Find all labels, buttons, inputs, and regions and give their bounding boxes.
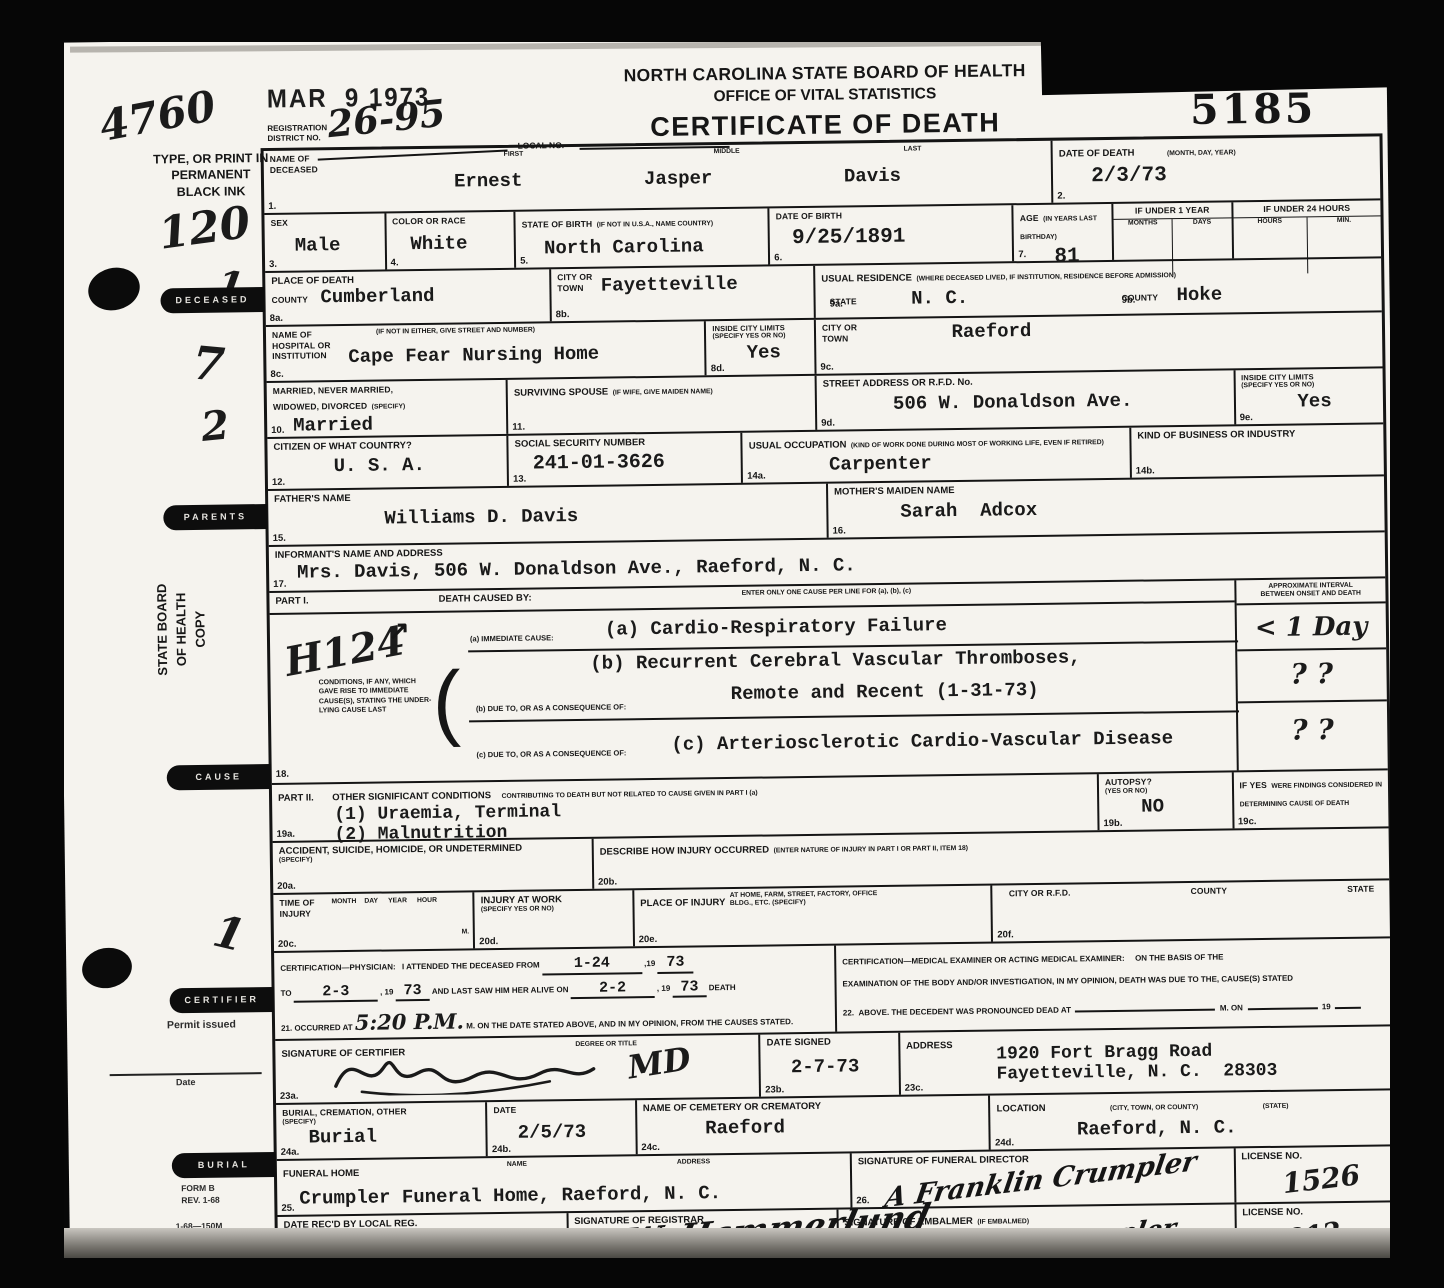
burial-date-label: DATE: [493, 1103, 630, 1115]
burial-date-value: 2/5/73: [518, 1120, 631, 1143]
field-num-12: 12.: [272, 477, 285, 488]
race-label: COLOR OR RACE: [392, 215, 509, 227]
address-line2: Fayetteville, N. C. 28303: [996, 1059, 1386, 1084]
date-of-death-label: DATE OF DEATH: [1059, 148, 1135, 160]
field-num-20d: 20d.: [479, 936, 498, 947]
street-value: 506 W. Donaldson Ave.: [893, 389, 1229, 415]
interval-header: APPROXIMATE INTERVAL BETWEEN ONSET AND D…: [1236, 578, 1386, 605]
field-name-of-deceased: NAME OF DECEASED FIRST MIDDLE LAST Ernes…: [264, 141, 1052, 213]
field-injury-location: CITY OR R.F.D. COUNTY STATE 20f.: [991, 880, 1390, 941]
ssn-label: SOCIAL SECURITY NUMBER: [515, 436, 736, 450]
phys-t2: TO: [281, 988, 292, 997]
handwritten-7: 7: [190, 335, 227, 392]
injury-county-label: COUNTY: [1191, 885, 1228, 896]
handwritten-2: 2: [199, 401, 231, 451]
date-of-birth-label: DATE OF BIRTH: [776, 208, 1007, 222]
tab-cause: CAUSE: [167, 764, 271, 790]
location-sub1: (CITY, TOWN, OR COUNTY): [1110, 1104, 1198, 1112]
last-name: Davis: [844, 165, 901, 188]
field-num-24c: 24c.: [641, 1142, 660, 1153]
field-num-14b: 14b.: [1136, 465, 1155, 476]
scan-top-right-corner: [1040, 0, 1444, 95]
residence-city-label-line2: TOWN: [822, 333, 857, 344]
phys-death: DEATH: [709, 982, 736, 991]
time-of-injury-label: TIME OF INJURY: [279, 897, 331, 919]
field-burial-date: DATE 2/5/73 24b.: [485, 1100, 635, 1156]
field-num-8d: 8d.: [711, 363, 725, 374]
funeral-home-label: FUNERAL HOME: [283, 1168, 359, 1180]
field-num-8c: 8c.: [270, 369, 283, 380]
certificate-form: NAME OF DECEASED FIRST MIDDLE LAST Ernes…: [261, 133, 1398, 1270]
field-num-14a: 14a.: [747, 470, 766, 481]
date-line-label: Date: [110, 1076, 262, 1088]
field-citizen: CITIZEN OF WHAT COUNTRY? U. S. A. 12.: [267, 436, 507, 489]
interval-a-value: < 1 Day: [1255, 612, 1368, 643]
examiner-t5: 19: [1322, 1002, 1331, 1011]
residence-city-label-line1: CITY OR: [822, 322, 857, 333]
tab-deceased: DECEASED: [160, 287, 264, 313]
residence-city-value: Raeford: [951, 320, 1031, 343]
part2-label: PART II.: [278, 792, 314, 803]
row-certification: CERTIFICATION—PHYSICIAN: I ATTENDED THE …: [274, 936, 1391, 1039]
field-date-signed: DATE SIGNED 2-7-73 23b.: [758, 1033, 898, 1097]
middle-label: MIDDLE: [714, 148, 740, 157]
blank-pronounced-date: [1247, 998, 1317, 1010]
conditions-note: CONDITIONS, IF ANY, WHICH GAVE RISE TO I…: [318, 677, 436, 716]
field-date-of-death: DATE OF DEATH (MONTH, DAY, YEAR) 2/3/73 …: [1051, 136, 1381, 202]
phys-t3: AND LAST SAW HIM HER ALIVE ON: [432, 985, 569, 996]
field-burial: BURIAL, CREMATION, OTHER (SPECIFY) Buria…: [276, 1102, 486, 1159]
state-of-birth-sub: (IF NOT IN U.S.A., NAME COUNTRY): [597, 220, 714, 229]
street-label: STREET ADDRESS OR R.F.D. No.: [823, 373, 1229, 390]
copy-line1: STATE BOARD: [152, 540, 173, 720]
field-num-17: 17.: [273, 579, 286, 590]
field-num-24b: 24b.: [492, 1144, 511, 1155]
middle-name: Jasper: [644, 167, 713, 190]
residence-city-label: CITY OR TOWN: [822, 322, 857, 344]
field-occupation: USUAL OCCUPATION (KIND OF WORK DONE DURI…: [741, 428, 1130, 483]
form-code-line1: FORM B: [181, 1183, 220, 1195]
field-num-15: 15.: [273, 533, 286, 544]
field-num-11: 11.: [512, 422, 525, 433]
cause-c-label: (c) DUE TO, OR AS A CONSEQUENCE OF:: [476, 748, 626, 759]
date-signed-label: DATE SIGNED: [766, 1036, 893, 1049]
date-of-birth-value: 9/25/1891: [792, 224, 1007, 250]
field-place-of-injury: PLACE OF INJURY AT HOME, FARM, STREET, F…: [632, 886, 991, 947]
field-inside-city-limits-death: INSIDE CITY LIMITS (SPECIFY YES OR NO) Y…: [704, 320, 814, 375]
field-num-9c: 9c.: [820, 362, 833, 373]
print-instruction: TYPE, OR PRINT IN PERMANENT BLACK INK: [144, 150, 279, 200]
part1-interval-column: APPROXIMATE INTERVAL BETWEEN ONSET AND D…: [1234, 578, 1388, 770]
sex-value: Male: [295, 233, 380, 256]
field-num-20e: 20e.: [639, 934, 658, 945]
occupation-sub: (KIND OF WORK DONE DURING MOST OF WORKIN…: [851, 439, 1104, 449]
field-num-4: 4.: [391, 257, 399, 268]
brace: (: [432, 659, 461, 743]
field-institution: NAME OF HOSPITAL OR INSTITUTION (IF NOT …: [266, 321, 705, 381]
field-under-1-year: IF UNDER 1 YEAR MONTHS DAYS: [1111, 202, 1231, 260]
tab-burial: BURIAL: [172, 1152, 276, 1178]
mother-value: Sarah Adcox: [900, 495, 1379, 523]
injury-at-work-sub: (SPECIFY YES OR NO): [481, 905, 628, 915]
marital-label-line2: WIDOWED, DIVORCED: [273, 400, 367, 411]
field-how-injury: DESCRIBE HOW INJURY OCCURRED (ENTER NATU…: [591, 828, 1389, 888]
marital-value: Married: [293, 412, 501, 437]
handwritten-1b: 1: [208, 906, 249, 963]
occupation-label: USUAL OCCUPATION: [749, 439, 847, 451]
residence-county: COUNTY Hoke 9b.: [1121, 281, 1376, 306]
field-num-13: 13.: [513, 474, 526, 485]
icl-res-value: Yes: [1297, 389, 1378, 412]
city-label-line2: TOWN: [557, 282, 592, 293]
field-marital-status: MARRIED, NEVER MARRIED, WIDOWED, DIVORCE…: [267, 380, 507, 437]
month-label: MONTH: [331, 898, 356, 919]
city-of-death-value: Fayetteville: [601, 272, 738, 296]
funeral-addr-sub: ADDRESS: [677, 1158, 710, 1167]
phys-t4: OCCURRED AT: [294, 1023, 352, 1033]
field-director-license: LICENSE NO. 1526: [1233, 1146, 1393, 1202]
tab-parents: PARENTS: [163, 504, 267, 530]
degree-value: MD: [625, 1039, 693, 1086]
field-certifier-address: ADDRESS 1920 Fort Bragg Road Fayettevill…: [898, 1026, 1392, 1094]
field-surviving-spouse: SURVIVING SPOUSE (IF WIFE, GIVE MAIDEN N…: [506, 376, 816, 434]
part1-head: DEATH CAUSED BY:: [438, 593, 531, 608]
cemetery-label: NAME OF CEMETERY OR CREMATORY: [643, 1099, 984, 1115]
field-time-of-injury: TIME OF INJURY MONTH DAY YEAR HOUR M. 20…: [273, 892, 473, 951]
first-label: FIRST: [504, 151, 524, 160]
field-industry: KIND OF BUSINESS OR INDUSTRY 14b.: [1129, 424, 1384, 477]
how-injury-sub: (ENTER NATURE OF INJURY IN PART I OR PAR…: [774, 845, 969, 855]
print-instruction-line3: BLACK INK: [144, 182, 278, 200]
blank-pronounced-year: [1335, 998, 1361, 1009]
burial-location-value: Raeford, N. C.: [1077, 1114, 1388, 1140]
last-label: LAST: [904, 145, 922, 154]
field-num-16: 16.: [833, 525, 846, 536]
attended-from-value: 1-24: [542, 955, 642, 975]
field-city-of-death: CITY OR TOWN Fayetteville 8b.: [549, 266, 814, 321]
field-num-20f: 20f.: [997, 929, 1014, 940]
examiner-t3: ABOVE. THE DECEDENT WAS PRONOUNCED DEAD …: [858, 1005, 1071, 1017]
date-of-death-value: 2/3/73: [1091, 161, 1375, 188]
scan-bottom-smudge: [0, 1228, 1444, 1262]
registration-district-label: REGISTRATION DISTRICT NO.: [267, 123, 327, 145]
phys-cert-title: CERTIFICATION—PHYSICIAN:: [280, 962, 396, 973]
scan-right-band: [1390, 0, 1444, 1288]
cause-b-label: (b) DUE TO, OR AS A CONSEQUENCE OF:: [476, 702, 626, 713]
usual-residence-label: USUAL RESIDENCE: [821, 273, 912, 285]
field-examiner-certification: CERTIFICATION—MEDICAL EXAMINER OR ACTING…: [834, 938, 1391, 1031]
burial-sub: (SPECIFY): [282, 1116, 480, 1127]
field-findings: IF YES WERE FINDINGS CONSIDERED IN DETER…: [1231, 770, 1388, 828]
occupation-value: Carpenter: [829, 450, 1125, 476]
year-label: YEAR: [388, 897, 407, 917]
field-num-23c: 23c.: [905, 1082, 924, 1093]
attended-to-value: 2-3: [294, 983, 378, 1003]
field-mother: MOTHER'S MAIDEN NAME Sarah Adcox 16.: [826, 476, 1385, 537]
day-label: DAY: [364, 898, 378, 918]
field-certifier-signature: SIGNATURE OF CERTIFIER DEGREE OR TITLE M…: [275, 1035, 759, 1103]
field-num-9e: 9e.: [1240, 412, 1253, 423]
field-num-8b: 8b.: [556, 309, 570, 320]
print-instruction-line1: TYPE, OR PRINT IN: [144, 150, 278, 168]
industry-label: KIND OF BUSINESS OR INDUSTRY: [1137, 427, 1378, 442]
field-num-9a: 9a.: [830, 298, 843, 309]
injury-location-labels: CITY OR R.F.D. COUNTY STATE: [999, 883, 1385, 899]
cause-b-value1: (b) Recurrent Cerebral Vascular Thrombos…: [590, 646, 1081, 674]
field-physician-certification: CERTIFICATION—PHYSICIAN: I ATTENDED THE …: [274, 946, 835, 1039]
sex-label: SEX: [270, 217, 379, 229]
residence-state-value: N. C.: [911, 287, 968, 310]
usual-residence-sub: (WHERE DECEASED LIVED, IF INSTITUTION, R…: [916, 272, 1176, 282]
city-label-line1: CITY OR: [557, 272, 592, 283]
tab-certifier: CERTIFIER: [170, 987, 274, 1013]
phys-y19a: ,19: [644, 959, 655, 968]
examiner-t4: M. ON: [1220, 1003, 1243, 1012]
field-num-23b: 23b.: [765, 1084, 784, 1095]
first-name: Ernest: [454, 170, 523, 193]
date-signed-value: 2-7-73: [791, 1055, 894, 1078]
spouse-sub: (IF WIFE, GIVE MAIDEN NAME): [613, 388, 713, 396]
residence-county-value: Hoke: [1176, 284, 1222, 307]
location-sub2: (STATE): [1263, 1103, 1289, 1110]
institution-label-line3: INSTITUTION: [272, 350, 350, 362]
address-label: ADDRESS: [906, 1040, 953, 1052]
last-seen-value: 2-2: [571, 979, 655, 999]
city-rfd-label: CITY OR R.F.D.: [1009, 888, 1071, 899]
last-seen-year: 73: [672, 979, 706, 998]
autopsy-sub: (YES OR NO): [1105, 786, 1227, 796]
race-value: White: [410, 231, 509, 254]
how-injury-label: DESCRIBE HOW INJURY OCCURRED: [600, 844, 770, 857]
examiner-line3: 22. ABOVE. THE DECEDENT WAS PRONOUNCED D…: [843, 995, 1386, 1020]
phys-t1: I ATTENDED THE DECEASED FROM: [402, 960, 540, 971]
blank-pronounced-time: [1075, 999, 1215, 1012]
interval-c: ? ?: [1237, 701, 1387, 763]
interval-a: < 1 Day: [1236, 603, 1386, 651]
field-num-9b: 9b.: [1122, 295, 1136, 306]
burial-value: Burial: [308, 1126, 377, 1149]
part1-lines: H124 ↗ CONDITIONS, IF ANY, WHICH GAVE RI…: [270, 602, 1237, 781]
ssn-value: 241-01-3626: [533, 450, 736, 476]
injury-state-label: STATE: [1347, 884, 1374, 895]
row-part1: PART I. DEATH CAUSED BY: ENTER ONLY ONE …: [269, 576, 1387, 783]
field-inside-city-limits-residence: INSIDE CITY LIMITS (SPECIFY YES OR NO) Y…: [1233, 368, 1383, 424]
phys-line3: 21. OCCURRED AT 5:20 P.M. M. ON THE DATE…: [281, 1004, 830, 1036]
field-num-22: 22.: [843, 1008, 854, 1017]
part2-section: PART II. OTHER SIGNIFICANT CONDITIONS CO…: [272, 774, 1098, 841]
field-num-19b: 19b.: [1103, 818, 1122, 829]
marital-label-line1: MARRIED, NEVER MARRIED,: [273, 383, 501, 397]
scan-left-band: [0, 0, 64, 1288]
copy-line2: OF HEALTH: [171, 539, 192, 719]
copy-line3: COPY: [190, 539, 211, 719]
institution-sub: (IF NOT IN EITHER, GIVE STREET AND NUMBE…: [376, 326, 535, 337]
permit-issued-label: Permit issued: [167, 1018, 236, 1031]
county-label: COUNTY: [271, 295, 308, 305]
field-num-20b: 20b.: [598, 876, 617, 887]
registration-label-line1: REGISTRATION: [267, 123, 327, 134]
field-num-6: 6.: [774, 252, 782, 263]
field-num-8a: 8a.: [270, 313, 283, 324]
field-burial-location: LOCATION (CITY, TOWN, OR COUNTY) (STATE)…: [988, 1090, 1392, 1149]
examiner-line1: CERTIFICATION—MEDICAL EXAMINER OR ACTING…: [842, 944, 1385, 969]
state-board-copy-label: STATE BOARD OF HEALTH COPY: [152, 539, 211, 720]
field-num-19a: 19a.: [276, 829, 295, 840]
handwritten-number-top: 4760: [96, 81, 220, 151]
phys-line1: CERTIFICATION—PHYSICIAN: I ATTENDED THE …: [280, 953, 829, 979]
icl-death-value: Yes: [747, 341, 810, 364]
field-num-23a: 23a.: [280, 1091, 299, 1102]
part2-note: CONTRIBUTING TO DEATH BUT NOT RELATED TO…: [502, 790, 758, 800]
part1-note: ENTER ONLY ONE CAUSE PER LINE FOR (a), (…: [742, 588, 912, 604]
field-date-of-birth: DATE OF BIRTH 9/25/1891 6.: [768, 205, 1013, 264]
death-time-value: 5:20 P.M.: [355, 1008, 464, 1034]
institution-value: Cape Fear Nursing Home: [348, 343, 599, 368]
age-label: AGE: [1020, 213, 1039, 223]
field-sex: SEX Male 3.: [264, 213, 384, 271]
city-of-death-label: CITY OR TOWN: [557, 272, 592, 294]
field-num-24d: 24d.: [995, 1137, 1014, 1148]
part2-head: OTHER SIGNIFICANT CONDITIONS: [332, 790, 491, 803]
place-of-injury-label: PLACE OF INJURY: [640, 897, 725, 909]
field-num-24a: 24a.: [281, 1147, 300, 1158]
field-funeral-home: FUNERAL HOME NAME ADDRESS Crumpler Funer…: [277, 1153, 851, 1214]
time-of-injury-head: TIME OF INJURY MONTH DAY YEAR HOUR: [279, 895, 468, 919]
interval-c-value: ? ?: [1291, 713, 1334, 747]
location-label: LOCATION: [997, 1103, 1046, 1115]
field-accident: ACCIDENT, SUICIDE, HOMICIDE, OR UNDETERM…: [273, 839, 593, 893]
time-label-line1: TIME OF: [279, 897, 331, 908]
certificate-paper: 4760 TYPE, OR PRINT IN PERMANENT BLACK I…: [54, 25, 1402, 1250]
part1-label: PART I.: [275, 595, 308, 609]
county-of-death-value: Cumberland: [320, 285, 434, 308]
autopsy-value: NO: [1141, 795, 1164, 817]
state-of-birth-label: STATE OF BIRTH: [522, 219, 593, 230]
usual-residence-values: STATE N. C. 9a. COUNTY Hoke 9b.: [821, 281, 1376, 310]
field-num-19c: 19c.: [1238, 816, 1257, 827]
print-instruction-line2: PERMANENT: [144, 166, 278, 184]
phys-y19b: , 19: [380, 987, 393, 996]
field-autopsy: AUTOPSY? (YES OR NO) NO 19b.: [1097, 772, 1232, 830]
scan-bottom-band: [0, 1258, 1444, 1288]
cause-a-value: (a) Cardio-Respiratory Failure: [605, 614, 947, 640]
cause-c-value: (c) Arteriosclerotic Cardio-Vascular Dis…: [671, 727, 1173, 756]
certificate-number: 5185: [1190, 84, 1317, 134]
residence-state: STATE N. C. 9a.: [821, 285, 1121, 311]
form-code-line2: REV. 1-68: [181, 1195, 220, 1207]
field-num-5: 5.: [520, 256, 528, 267]
field-under-24-hours: IF UNDER 24 HOURS HOURS MIN.: [1231, 200, 1381, 258]
examiner-t2: EXAMINATION OF THE BODY AND/OR INVESTIGA…: [842, 972, 1385, 990]
father-value: Williams D. Davis: [384, 502, 821, 530]
field-age: AGE (IN YEARS LAST BIRTHDAY) 81 7.: [1012, 204, 1112, 261]
field-usual-residence: USUAL RESIDENCE (WHERE DECEASED LIVED, I…: [813, 258, 1382, 317]
place-of-injury-sub: AT HOME, FARM, STREET, FACTORY, OFFICE B…: [730, 890, 900, 909]
field-residence-city: CITY OR TOWN Raeford 9c.: [814, 312, 1383, 373]
field-street-address: STREET ADDRESS OR R.F.D. No. 506 W. Dona…: [815, 370, 1234, 429]
field-num-1: 1.: [268, 201, 276, 212]
field-num-18: 18.: [276, 769, 289, 780]
spouse-label: SURVIVING SPOUSE: [514, 387, 608, 399]
hour-label: HOUR: [417, 897, 437, 918]
attended-to-year: 73: [396, 982, 430, 1001]
interval-b: ? ?: [1237, 649, 1387, 703]
under-1-year-label: IF UNDER 1 YEAR: [1113, 202, 1231, 219]
registration-label-line2: DISTRICT NO.: [267, 134, 327, 145]
if-yes-label: IF YES: [1239, 780, 1267, 790]
field-county-of-death: PLACE OF DEATH COUNTY Cumberland 8a.: [265, 269, 550, 325]
cause-a-label: (a) IMMEDIATE CAUSE:: [470, 633, 554, 643]
form-code: FORM B REV. 1-68: [181, 1183, 220, 1207]
m-suffix: M.: [462, 928, 470, 937]
institution-label: NAME OF HOSPITAL OR INSTITUTION: [272, 329, 350, 362]
state-of-birth-value: North Carolina: [544, 235, 763, 260]
funeral-home-value: Crumpler Funeral Home, Raeford, N. C.: [299, 1181, 845, 1210]
field-ssn: SOCIAL SECURITY NUMBER 241-01-3626 13.: [506, 433, 741, 486]
cemetery-value: Raeford: [705, 1114, 984, 1140]
examiner-title: CERTIFICATION—MEDICAL EXAMINER OR ACTING…: [842, 954, 1124, 967]
funeral-name-sub: NAME: [507, 1161, 527, 1170]
phys-t5: M. ON THE DATE STATED ABOVE, AND IN MY O…: [466, 1017, 793, 1030]
death-certificate-scan: 4760 TYPE, OR PRINT IN PERMANENT BLACK I…: [0, 0, 1444, 1288]
handwritten-120: 120: [156, 197, 254, 260]
cause-code-arrow: ↗: [388, 615, 410, 646]
interval-header-line2: BETWEEN ONSET AND DEATH: [1238, 590, 1384, 600]
examiner-t1: ON THE BASIS OF THE: [1135, 953, 1224, 963]
phys-y19c: , 19: [657, 983, 670, 992]
field-num-3: 3.: [269, 259, 277, 270]
field-num-21: 21.: [281, 1024, 292, 1033]
phys-line2: TO 2-3 , 19 73 AND LAST SAW HIM HER ALIV…: [280, 977, 829, 1003]
cause-b-value2: Remote and Recent (1-31-73): [731, 679, 1039, 705]
field-race: COLOR OR RACE White 4.: [384, 212, 514, 270]
field-num-10: 10.: [271, 425, 284, 436]
date-of-death-sub: (MONTH, DAY, YEAR): [1167, 149, 1236, 157]
field-num-2: 2.: [1057, 191, 1065, 202]
part1-section: PART I. DEATH CAUSED BY: ENTER ONLY ONE …: [269, 580, 1236, 783]
citizen-value: U. S. A.: [334, 453, 502, 477]
field-cemetery: NAME OF CEMETERY OR CREMATORY Raeford 24…: [635, 1096, 989, 1155]
field-injury-at-work: INJURY AT WORK (SPECIFY YES OR NO) 20d.: [473, 890, 633, 948]
field-father: FATHER'S NAME Williams D. Davis 15.: [268, 484, 827, 545]
citizen-label: CITIZEN OF WHAT COUNTRY?: [273, 439, 501, 453]
field-num-20a: 20a.: [277, 881, 296, 892]
director-license-value: 1526: [1280, 1155, 1390, 1200]
embalmer-sub: (IF EMBALMED): [977, 1218, 1029, 1226]
attended-from-year: 73: [657, 954, 693, 973]
interval-b-value: ? ?: [1290, 657, 1333, 691]
marital-sub: (SPECIFY): [372, 403, 406, 410]
field-num-9d: 9d.: [821, 418, 835, 429]
field-num-7: 7.: [1018, 249, 1026, 260]
field-num-25: 25.: [281, 1203, 294, 1214]
time-label-line2: INJURY: [280, 908, 332, 919]
field-num-20c: 20c.: [278, 939, 297, 950]
field-state-of-birth: STATE OF BIRTH (IF NOT IN U.S.A., NAME C…: [514, 208, 769, 267]
